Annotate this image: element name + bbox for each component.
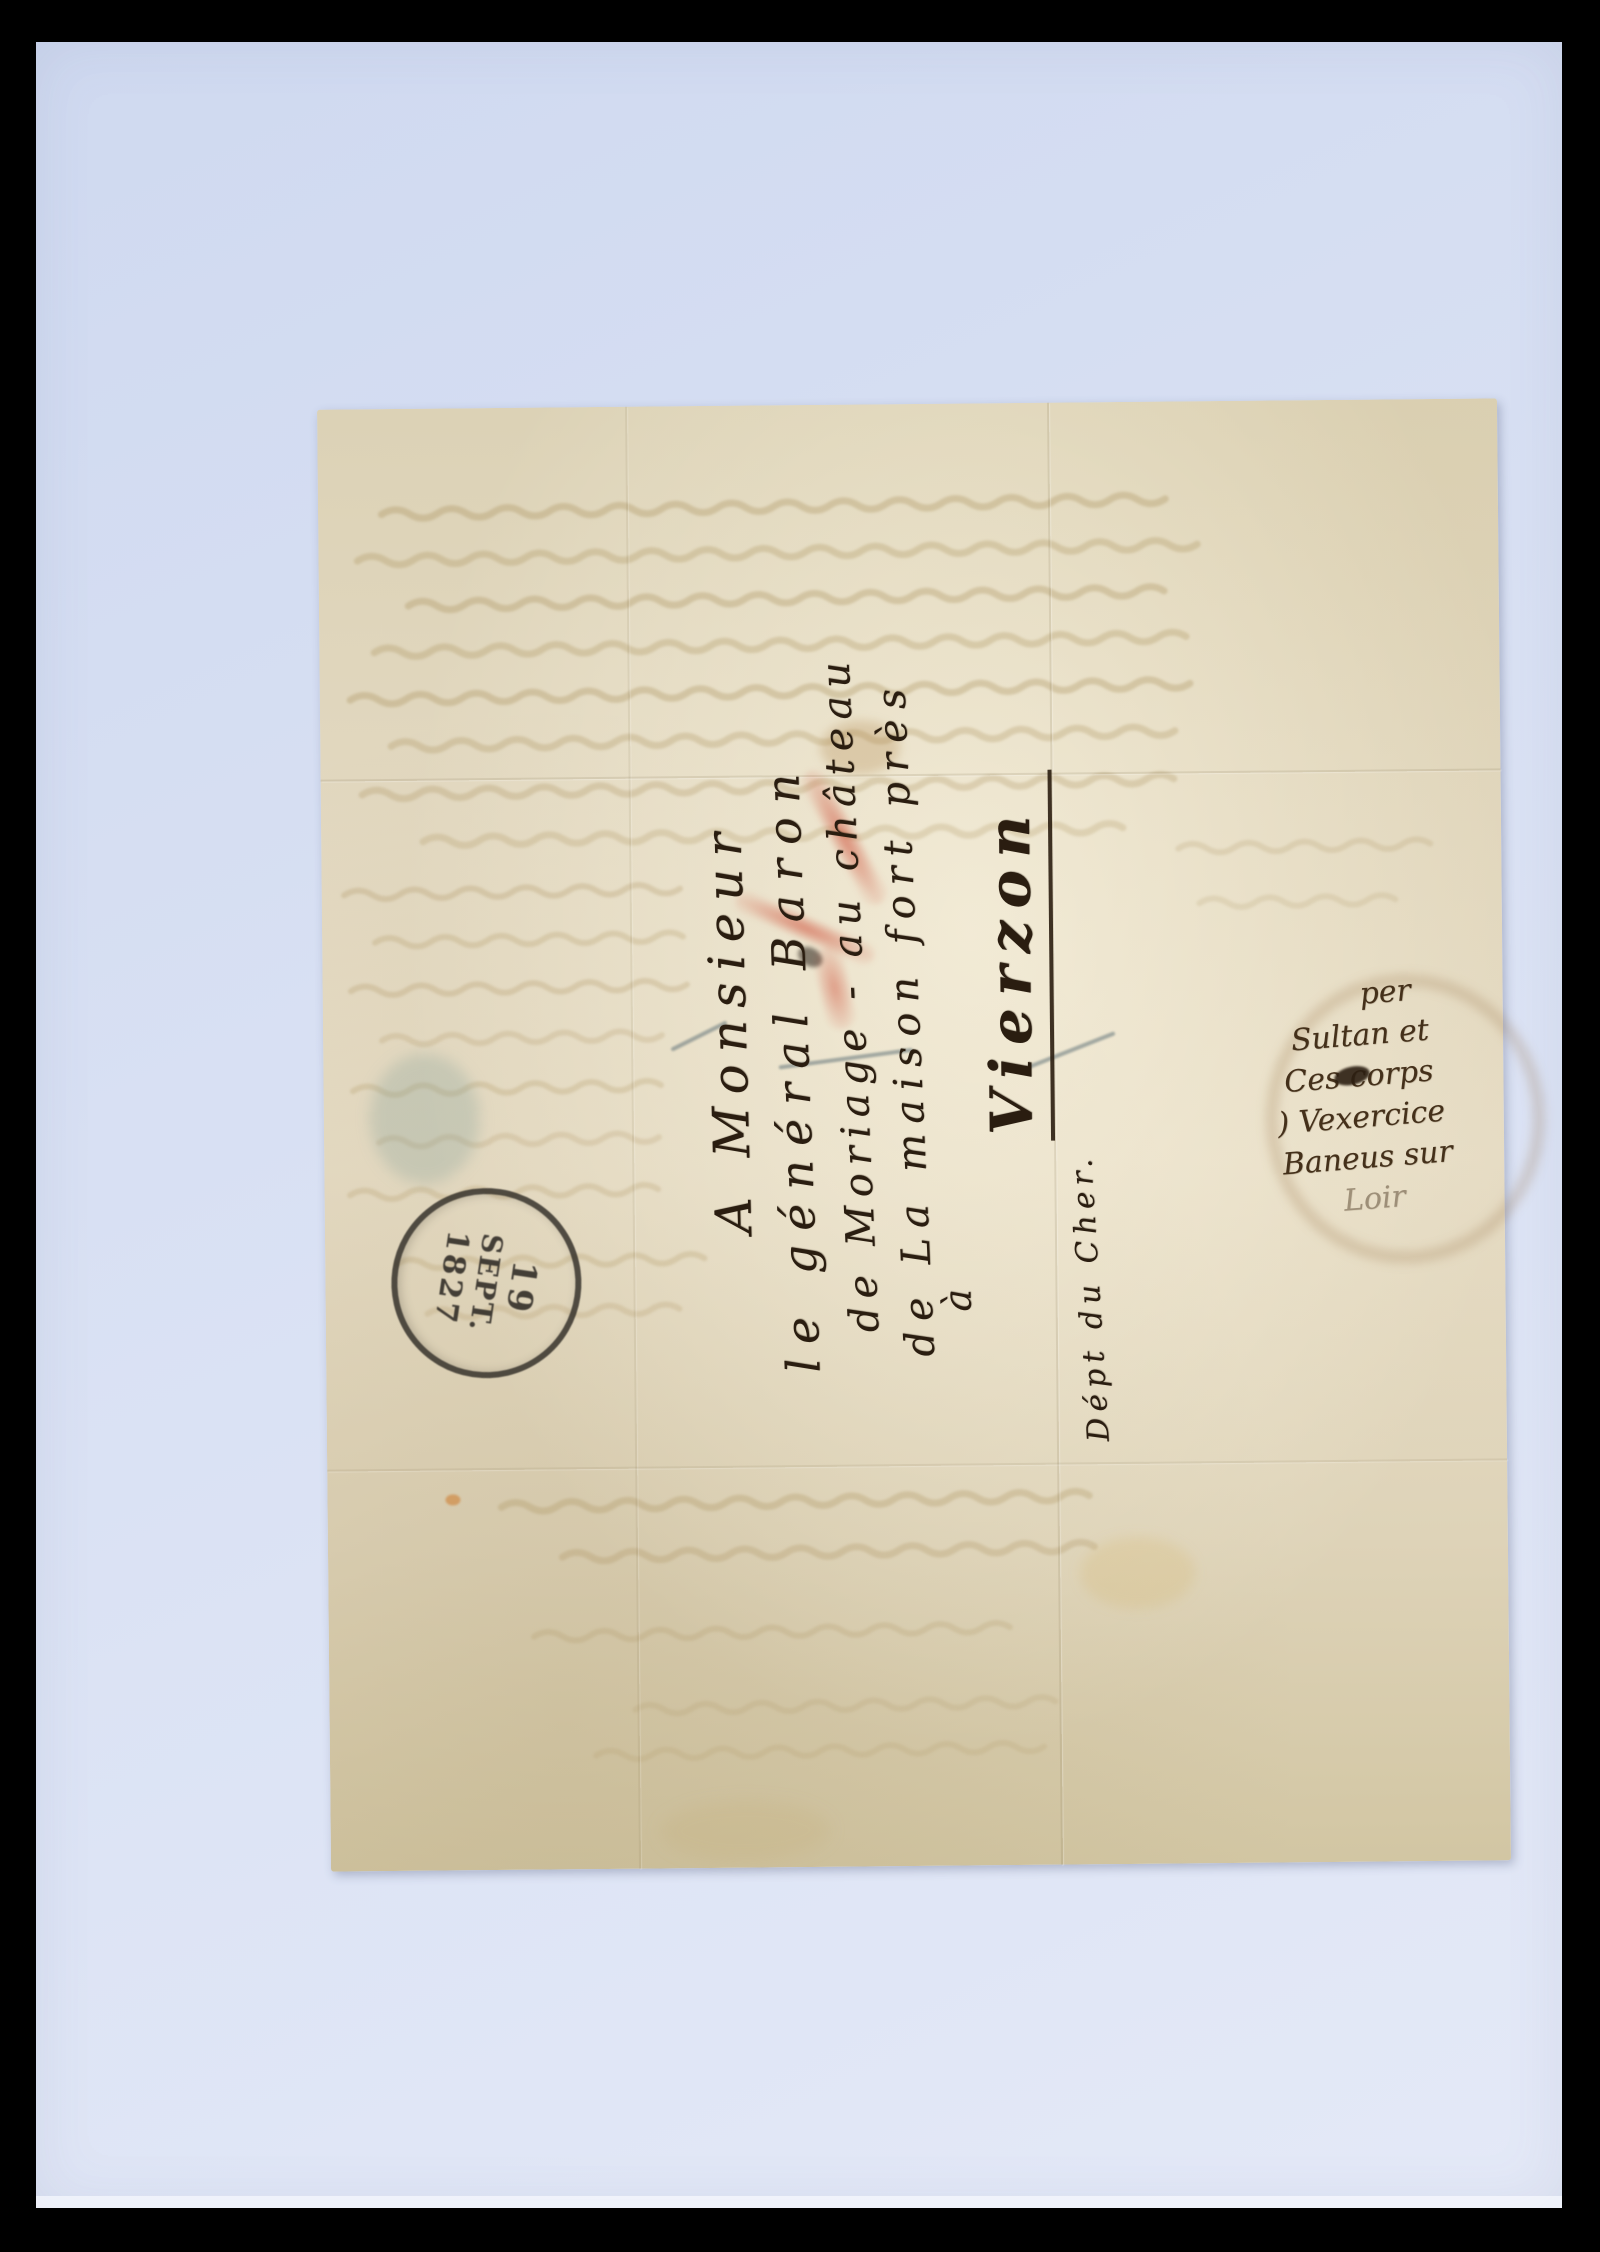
teal-smudge xyxy=(369,1053,480,1184)
side-note-block: per Sultan et Ces corps ) Vexercice Bane… xyxy=(1266,962,1525,1226)
letter-sheet: 19 SEPT. 1827 A Monsieur le général Baro… xyxy=(317,398,1511,1871)
album-page: 19 SEPT. 1827 A Monsieur le général Baro… xyxy=(36,42,1562,2208)
orange-speck xyxy=(445,1494,460,1505)
scan-photo: 19 SEPT. 1827 A Monsieur le général Baro… xyxy=(0,0,1600,2252)
postmark-date: 19 SEPT. 1827 xyxy=(426,1226,547,1340)
address-block: A Monsieur le général Baron de Moriage -… xyxy=(693,720,1150,1454)
